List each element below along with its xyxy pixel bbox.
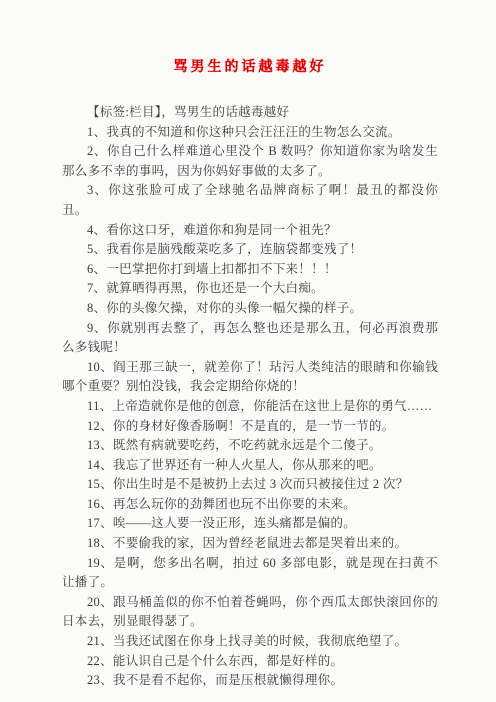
list-item: 4、看你这口牙，难道你和狗是同一个祖先？ — [62, 221, 438, 241]
list-item: 12、你的身材好像香肠啊！不是直的，是一节一节的。 — [62, 417, 438, 437]
list-item: 22、能认识自己是个什么东西，都是好样的。 — [62, 652, 438, 672]
list-item: 19、是啊，您多出名啊，拍过 60 多部电影，就是现在扫黄不让播了。 — [62, 554, 438, 593]
document-body: 【标签:栏目】，骂男生的话越毒越好 1、我真的不知道和你这种只会汪汪汪的生物怎么… — [62, 103, 438, 691]
document-page: 骂男生的话越毒越好 【标签:栏目】，骂男生的话越毒越好 1、我真的不知道和你这种… — [0, 0, 496, 702]
list-item: 13、既然有病就要吃药，不吃药就永远是个二傻子。 — [62, 436, 438, 456]
list-item: 17、唉——这人要一没正形，连头痛都是偏的。 — [62, 514, 438, 534]
list-item: 11、上帝造就你是他的创意，你能活在这世上是你的勇气…… — [62, 397, 438, 417]
list-item: 18、不要偷我的家，因为曾经老鼠进去都是哭着出来的。 — [62, 534, 438, 554]
list-item: 15、你出生时是不是被扔上去过 3 次而只被接住过 2 次？ — [62, 475, 438, 495]
list-item: 16、再怎么玩你的劲舞团也玩不出你要的未来。 — [62, 495, 438, 515]
list-item: 5、我看你是脑残酸菜吃多了，连脑袋都变残了！ — [62, 240, 438, 260]
list-item: 1、我真的不知道和你这种只会汪汪汪的生物怎么交流。 — [62, 123, 438, 143]
list-item: 7、就算晒得再黑，你也还是一个大白痴。 — [62, 279, 438, 299]
list-item: 21、当我还试图在你身上找寻美的时候，我彻底绝望了。 — [62, 632, 438, 652]
list-item: 3、你这张脸可成了全球驰名品牌商标了啊！最丑的都没你丑。 — [62, 181, 438, 220]
list-item: 6、一巴掌把你打到墙上扣都扣不下来！！！ — [62, 260, 438, 280]
list-item: 20、跟马桶盖似的你不怕着苍蝇吗，你个西瓜太郎快滚回你的日本去，别显眼得瑟了。 — [62, 593, 438, 632]
list-item: 10、阎王那三缺一，就差你了！玷污人类纯洁的眼睛和你输钱哪个重要？别怕没钱，我会… — [62, 358, 438, 397]
page-title: 骂男生的话越毒越好 — [62, 56, 438, 76]
tag-line: 【标签:栏目】，骂男生的话越毒越好 — [62, 103, 438, 123]
list-item: 8、你的头像欠操，对你的头像一幅欠操的样子。 — [62, 299, 438, 319]
list-item: 9、你就别再去整了，再怎么整也还是那么丑，何必再浪费那么多钱呢！ — [62, 319, 438, 358]
item-list: 1、我真的不知道和你这种只会汪汪汪的生物怎么交流。2、你自己什么样难道心里没个 … — [62, 123, 438, 691]
list-item: 23、我不是看不起你，而是压根就懒得理你。 — [62, 671, 438, 691]
list-item: 14、我忘了世界还有一种人火星人，你从那来的吧。 — [62, 456, 438, 476]
list-item: 2、你自己什么样难道心里没个 B 数吗？你知道你家为啥发生那么多不幸的事吗，因为… — [62, 142, 438, 181]
